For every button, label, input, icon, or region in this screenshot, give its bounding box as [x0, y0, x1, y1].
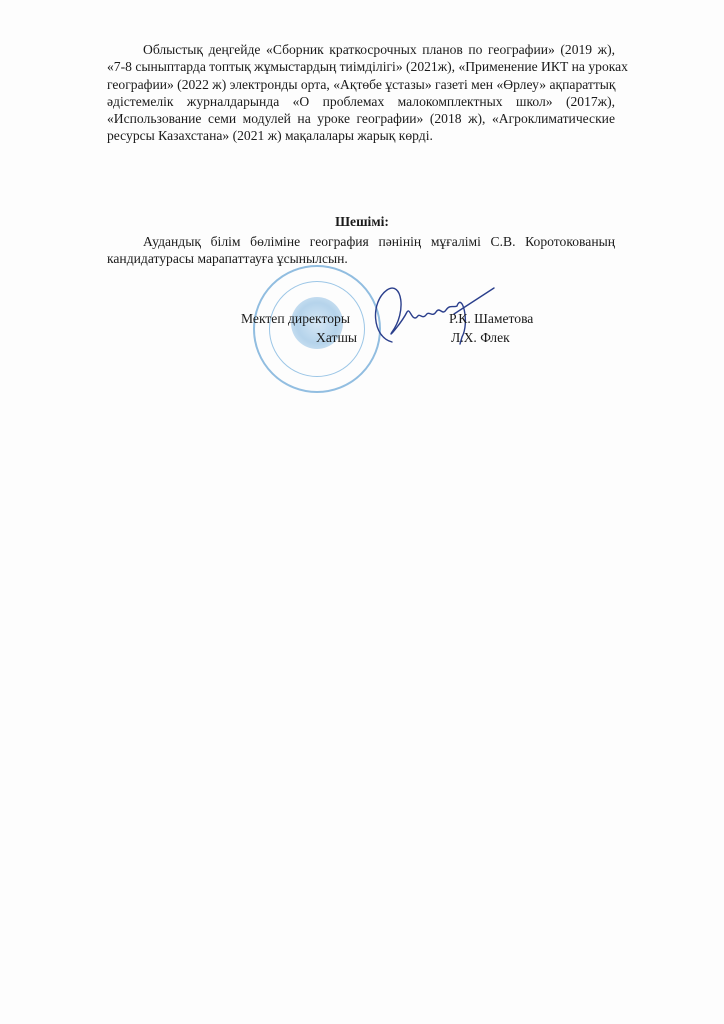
- director-title: Мектеп директоры: [241, 311, 350, 327]
- secretary-title: Хатшы: [316, 330, 357, 346]
- paragraph-line: «Использование семи модулей на уроке гео…: [107, 110, 615, 127]
- publications-paragraph: Облыстық деңгейде «Сборник краткосрочных…: [107, 41, 615, 145]
- secretary-name: Л.Х. Флек: [451, 330, 510, 346]
- paragraph-line: географии» (2022 ж) электронды орта, «Ақ…: [107, 76, 615, 93]
- paragraph-line: кандидатурасы марапаттауға ұсынылсын.: [107, 250, 615, 267]
- paragraph-line: ресурсы Казахстана» (2021 ж) мақалалары …: [107, 127, 615, 144]
- paragraph-line: «7-8 сыныптарда топтық жұмыстардың тиімд…: [107, 58, 615, 75]
- decision-heading: Шешімі:: [0, 214, 724, 230]
- paragraph-line: Аудандық білім бөліміне география пәніні…: [107, 233, 615, 250]
- paragraph-line: Облыстық деңгейде «Сборник краткосрочных…: [107, 41, 615, 58]
- decision-paragraph: Аудандық білім бөліміне география пәніні…: [107, 233, 615, 268]
- document-page: Облыстық деңгейде «Сборник краткосрочных…: [0, 0, 724, 1024]
- paragraph-line: әдістемелік журналдарында «О проблемах м…: [107, 93, 615, 110]
- director-name: Р.К. Шаметова: [449, 311, 533, 327]
